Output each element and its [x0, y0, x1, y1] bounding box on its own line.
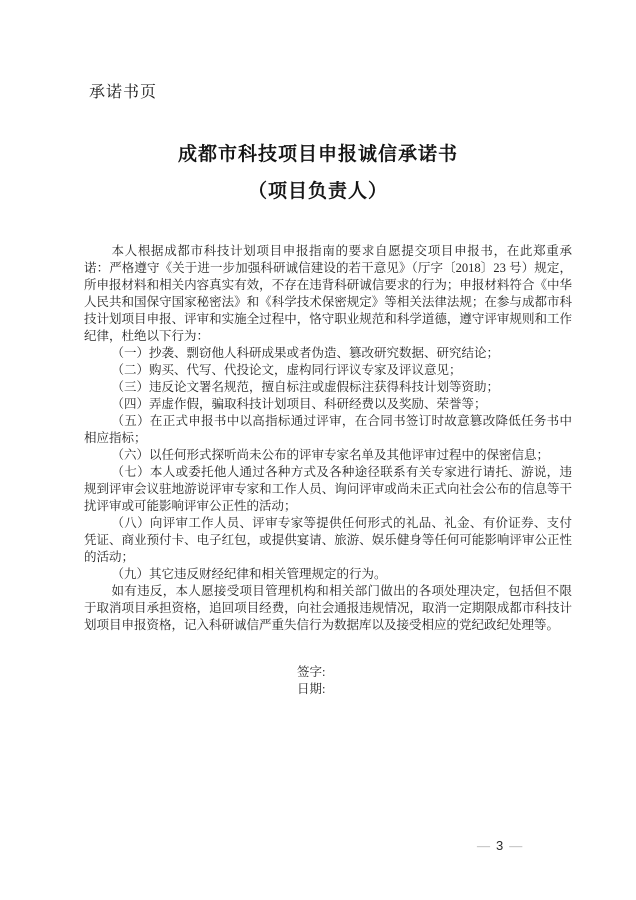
title-block: 成都市科技项目申报诚信承诺书 （项目负责人）	[0, 144, 636, 203]
document-title: 成都市科技项目申报诚信承诺书	[0, 144, 636, 166]
document-body: 本人根据成都市科技计划项目申报指南的要求自愿提交项目申报书，在此郑重承诺：严格遵…	[84, 243, 572, 698]
list-item-9: （九）其它违反财经纪律和相关管理规定的行为。	[84, 566, 572, 583]
list-item-1: （一）抄袭、剽窃他人科研成果或者伪造、篡改研究数据、研究结论；	[84, 345, 572, 362]
intro-paragraph: 本人根据成都市科技计划项目申报指南的要求自愿提交项目申报书，在此郑重承诺：严格遵…	[84, 243, 572, 345]
corner-label: 承诺书页	[89, 79, 157, 102]
page-number-left-dash: —	[471, 838, 496, 853]
page-number: —3—	[471, 838, 528, 854]
list-item-6: （六）以任何形式探听尚未公布的评审专家名单及其他评审过程中的保密信息；	[84, 447, 572, 464]
date-label: 日期:	[297, 681, 572, 698]
list-item-7: （七）本人或委托他人通过各种方式及各种途径联系有关专家进行请托、游说，违规到评审…	[84, 464, 572, 515]
closing-paragraph: 如有违反，本人愿接受项目管理机构和相关部门做出的各项处理决定，包括但不限于取消项…	[84, 583, 572, 634]
list-item-5: （五）在正式申报书中以高指标通过评审，在合同书签订时故意篡改降低任务书中相应指标…	[84, 413, 572, 447]
signature-label: 签字:	[297, 664, 572, 681]
list-item-4: （四）弄虚作假，骗取科技计划项目、科研经费以及奖励、荣誉等；	[84, 396, 572, 413]
list-item-2: （二）购买、代写、代投论文，虚构同行评议专家及评议意见；	[84, 362, 572, 379]
page-number-right-dash: —	[503, 838, 528, 853]
signature-block: 签字: 日期:	[297, 664, 572, 698]
document-page: 承诺书页 成都市科技项目申报诚信承诺书 （项目负责人） 本人根据成都市科技计划项…	[0, 0, 636, 900]
list-item-3: （三）违反论文署名规范，擅自标注或虚假标注获得科技计划等资助；	[84, 379, 572, 396]
document-subtitle: （项目负责人）	[0, 181, 636, 203]
list-item-8: （八）向评审工作人员、评审专家等提供任何形式的礼品、礼金、有价证券、支付凭证、商…	[84, 515, 572, 566]
